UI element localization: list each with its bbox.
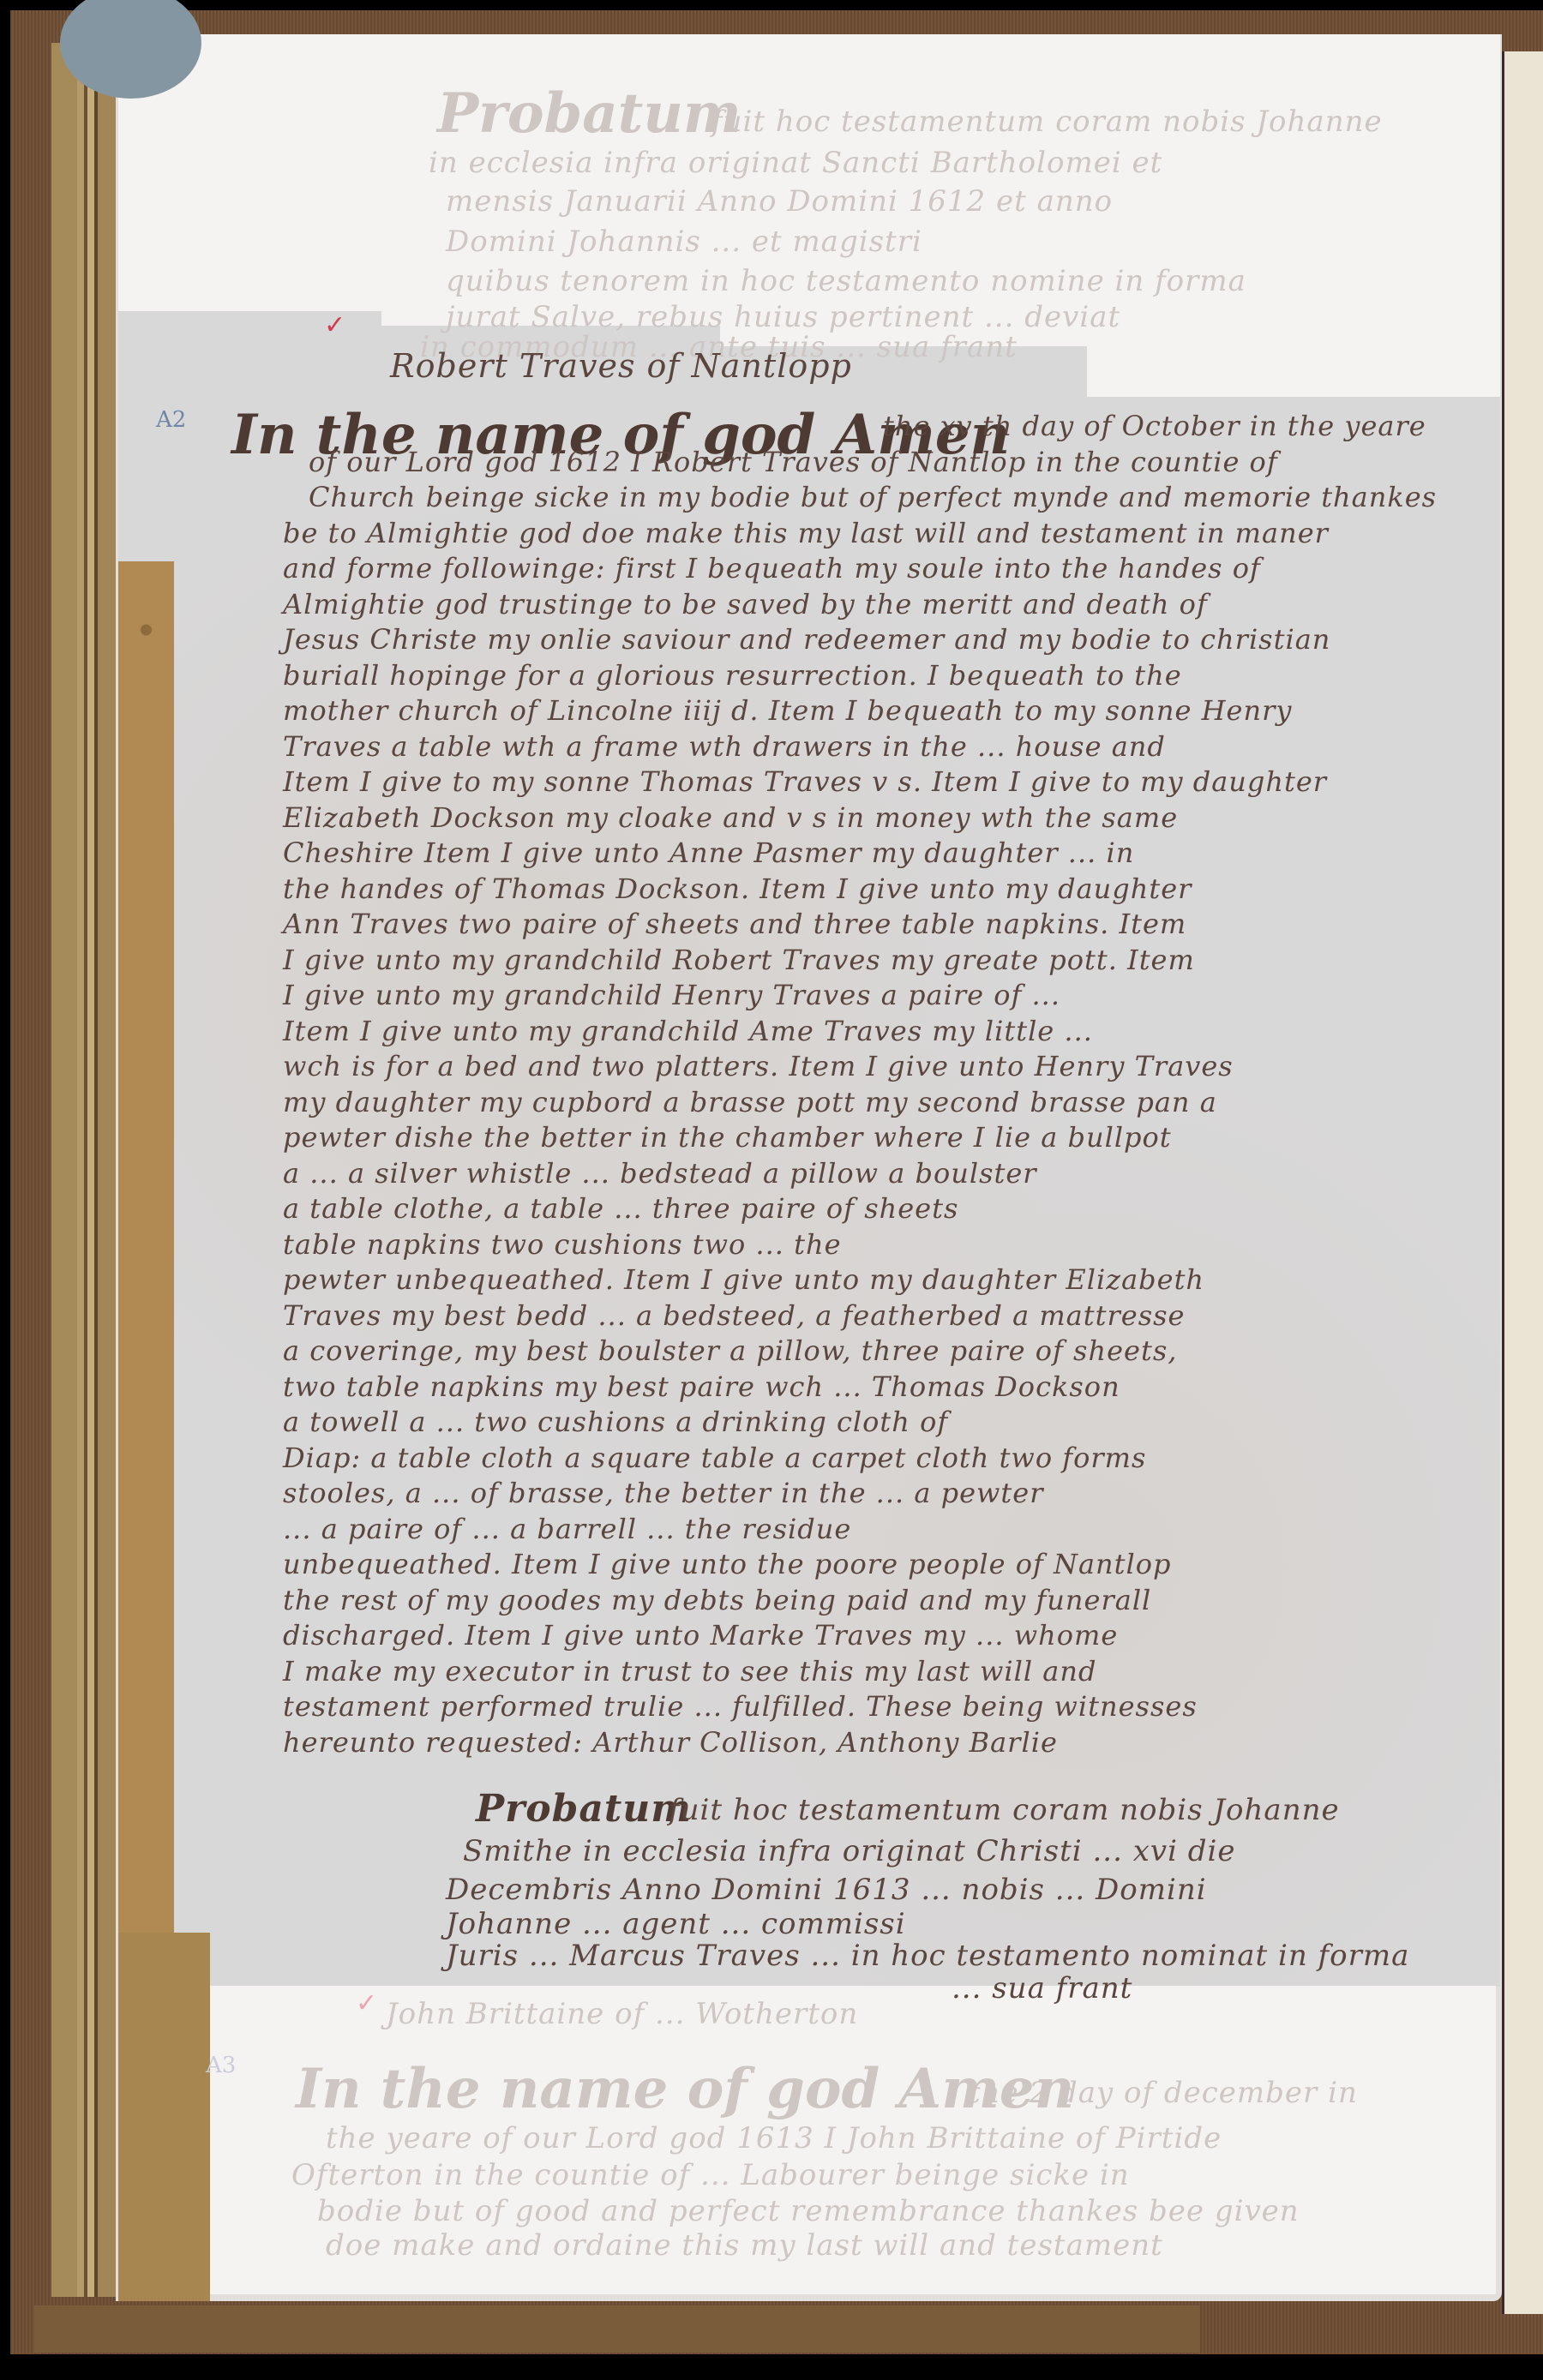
invocation-heading: In the name of god Amen (296, 2057, 1074, 2121)
text-line: be to Almightie god doe make this my las… (283, 517, 1329, 549)
text-line: I give unto my grandchild Henry Traves a… (283, 979, 1060, 1011)
text-line: hereunto requested: Arthur Collison, Ant… (283, 1726, 1058, 1759)
text-line: the xv th day of October in the yeare (883, 410, 1426, 442)
text-line: Juris ... Marcus Traves ... in hoc testa… (446, 1939, 1409, 1973)
text-line: ... a paire of ... a barrell ... the res… (283, 1513, 851, 1545)
text-line: two table napkins my best paire wch ... … (283, 1370, 1120, 1403)
entry-title: Robert Traves of Nantlopp (390, 347, 852, 385)
text-line: jurat Salve, rebus huius pertinent ... d… (446, 300, 1120, 334)
text-line: Church beinge sicke in my bodie but of p… (309, 481, 1437, 513)
text-line: mother church of Lincolne iiij d. Item I… (283, 694, 1292, 727)
text-line: Item I give unto my grandchild Ame Trave… (283, 1015, 1093, 1047)
text-line: a ... a silver whistle ... bedstead a pi… (283, 1157, 1037, 1190)
text-line: Item I give to my sonne Thomas Traves v … (283, 765, 1327, 798)
text-line: buriall hopinge for a glorious resurrect… (283, 659, 1182, 692)
text-line: Jesus Christe my onlie saviour and redee… (283, 623, 1330, 656)
text-line: Almightie god trustinge to be saved by t… (283, 588, 1208, 620)
text-line: of our Lord god 1612 I Robert Traves of … (309, 446, 1278, 478)
paper-repair-strip (118, 561, 174, 1933)
text-line: wch is for a bed and two platters. Item … (283, 1050, 1234, 1082)
text-line: Decembris Anno Domini 1613 ... nobis ...… (446, 1873, 1207, 1907)
red-check-mark: ✓ (356, 1988, 377, 2018)
text-line: the 2 day of december in (969, 2076, 1358, 2110)
margin-number: A2 (156, 407, 186, 433)
entry-title: John Brittaine of ... Wotherton (386, 1997, 858, 2031)
binding-bottom-edge (34, 2305, 1200, 2353)
text-line: bodie but of good and perfect remembranc… (317, 2194, 1300, 2228)
facing-page-edge (1502, 51, 1543, 2314)
text-line: the rest of my goodes my debts being pai… (283, 1584, 1151, 1616)
text-line: discharged. Item I give unto Marke Trave… (283, 1619, 1118, 1652)
text-line: my daughter my cupbord a brasse pott my … (283, 1086, 1217, 1118)
text-line: Cheshire Item I give unto Anne Pasmer my… (283, 836, 1134, 869)
paper-repair-strip-lower (118, 1933, 210, 2301)
text-line: Diap: a table cloth a square table a car… (283, 1442, 1146, 1474)
text-line: stooles, a ... of brasse, the better in … (283, 1477, 1044, 1509)
text-line: a coveringe, my best boulster a pillow, … (283, 1334, 1177, 1367)
text-line: the yeare of our Lord god 1613 I John Br… (326, 2121, 1222, 2155)
text-line: Ofterton in the countie of ... Labourer … (291, 2158, 1130, 2192)
red-check-mark: ✓ (324, 310, 345, 340)
text-line: fuit hoc testamentum coram nobis Johanne (711, 105, 1383, 139)
text-line: and forme followinge: first I bequeath m… (283, 552, 1261, 585)
text-line: in ecclesia infra originat Sancti Bartho… (429, 146, 1162, 180)
text-line: quibus tenorem in hoc testamento nomine … (446, 264, 1246, 298)
top-right-mask-overlay (1087, 311, 1500, 397)
text-line: the handes of Thomas Dockson. Item I giv… (283, 872, 1192, 905)
text-line: Smithe in ecclesia infra originat Christ… (463, 1834, 1236, 1868)
text-line: ... sua frant (952, 1971, 1132, 2005)
text-line: doe make and ordaine this my last will a… (326, 2228, 1163, 2263)
text-line: I give unto my grandchild Robert Traves … (283, 944, 1195, 976)
text-line: Domini Johannis ... et magistri (446, 225, 922, 259)
text-line: Traves a table wth a frame wth drawers i… (283, 730, 1166, 763)
probate-heading-top: Probatum (437, 81, 741, 146)
text-line: mensis Januarii Anno Domini 1612 et anno (446, 184, 1113, 219)
text-line: pewter unbequeathed. Item I give unto my… (283, 1263, 1204, 1296)
text-line: unbequeathed. Item I give unto the poore… (283, 1548, 1172, 1580)
text-line: Traves my best bedd ... a bedsteed, a fe… (283, 1299, 1185, 1332)
margin-number: A3 (206, 2053, 236, 2078)
text-line: fuit hoc testamentum coram nobis Johanne (669, 1793, 1340, 1827)
probate-heading: Probatum (476, 1787, 692, 1831)
text-line: I make my executor in trust to see this … (283, 1655, 1096, 1688)
gutter-pages (77, 43, 116, 2297)
gutter-strip (51, 43, 77, 2297)
text-line: a towell a ... two cushions a drinking c… (283, 1406, 948, 1438)
text-line: table napkins two cushions two ... the (283, 1228, 842, 1261)
text-line: testament performed trulie ... fulfilled… (283, 1690, 1198, 1723)
text-line: pewter dishe the better in the chamber w… (283, 1121, 1172, 1154)
text-line: Ann Traves two paire of sheets and three… (283, 908, 1186, 940)
text-line: a table clothe, a table ... three paire … (283, 1192, 958, 1225)
text-line: Elizabeth Dockson my cloake and v s in m… (283, 801, 1178, 834)
text-line: Johanne ... agent ... commissi (446, 1907, 906, 1941)
